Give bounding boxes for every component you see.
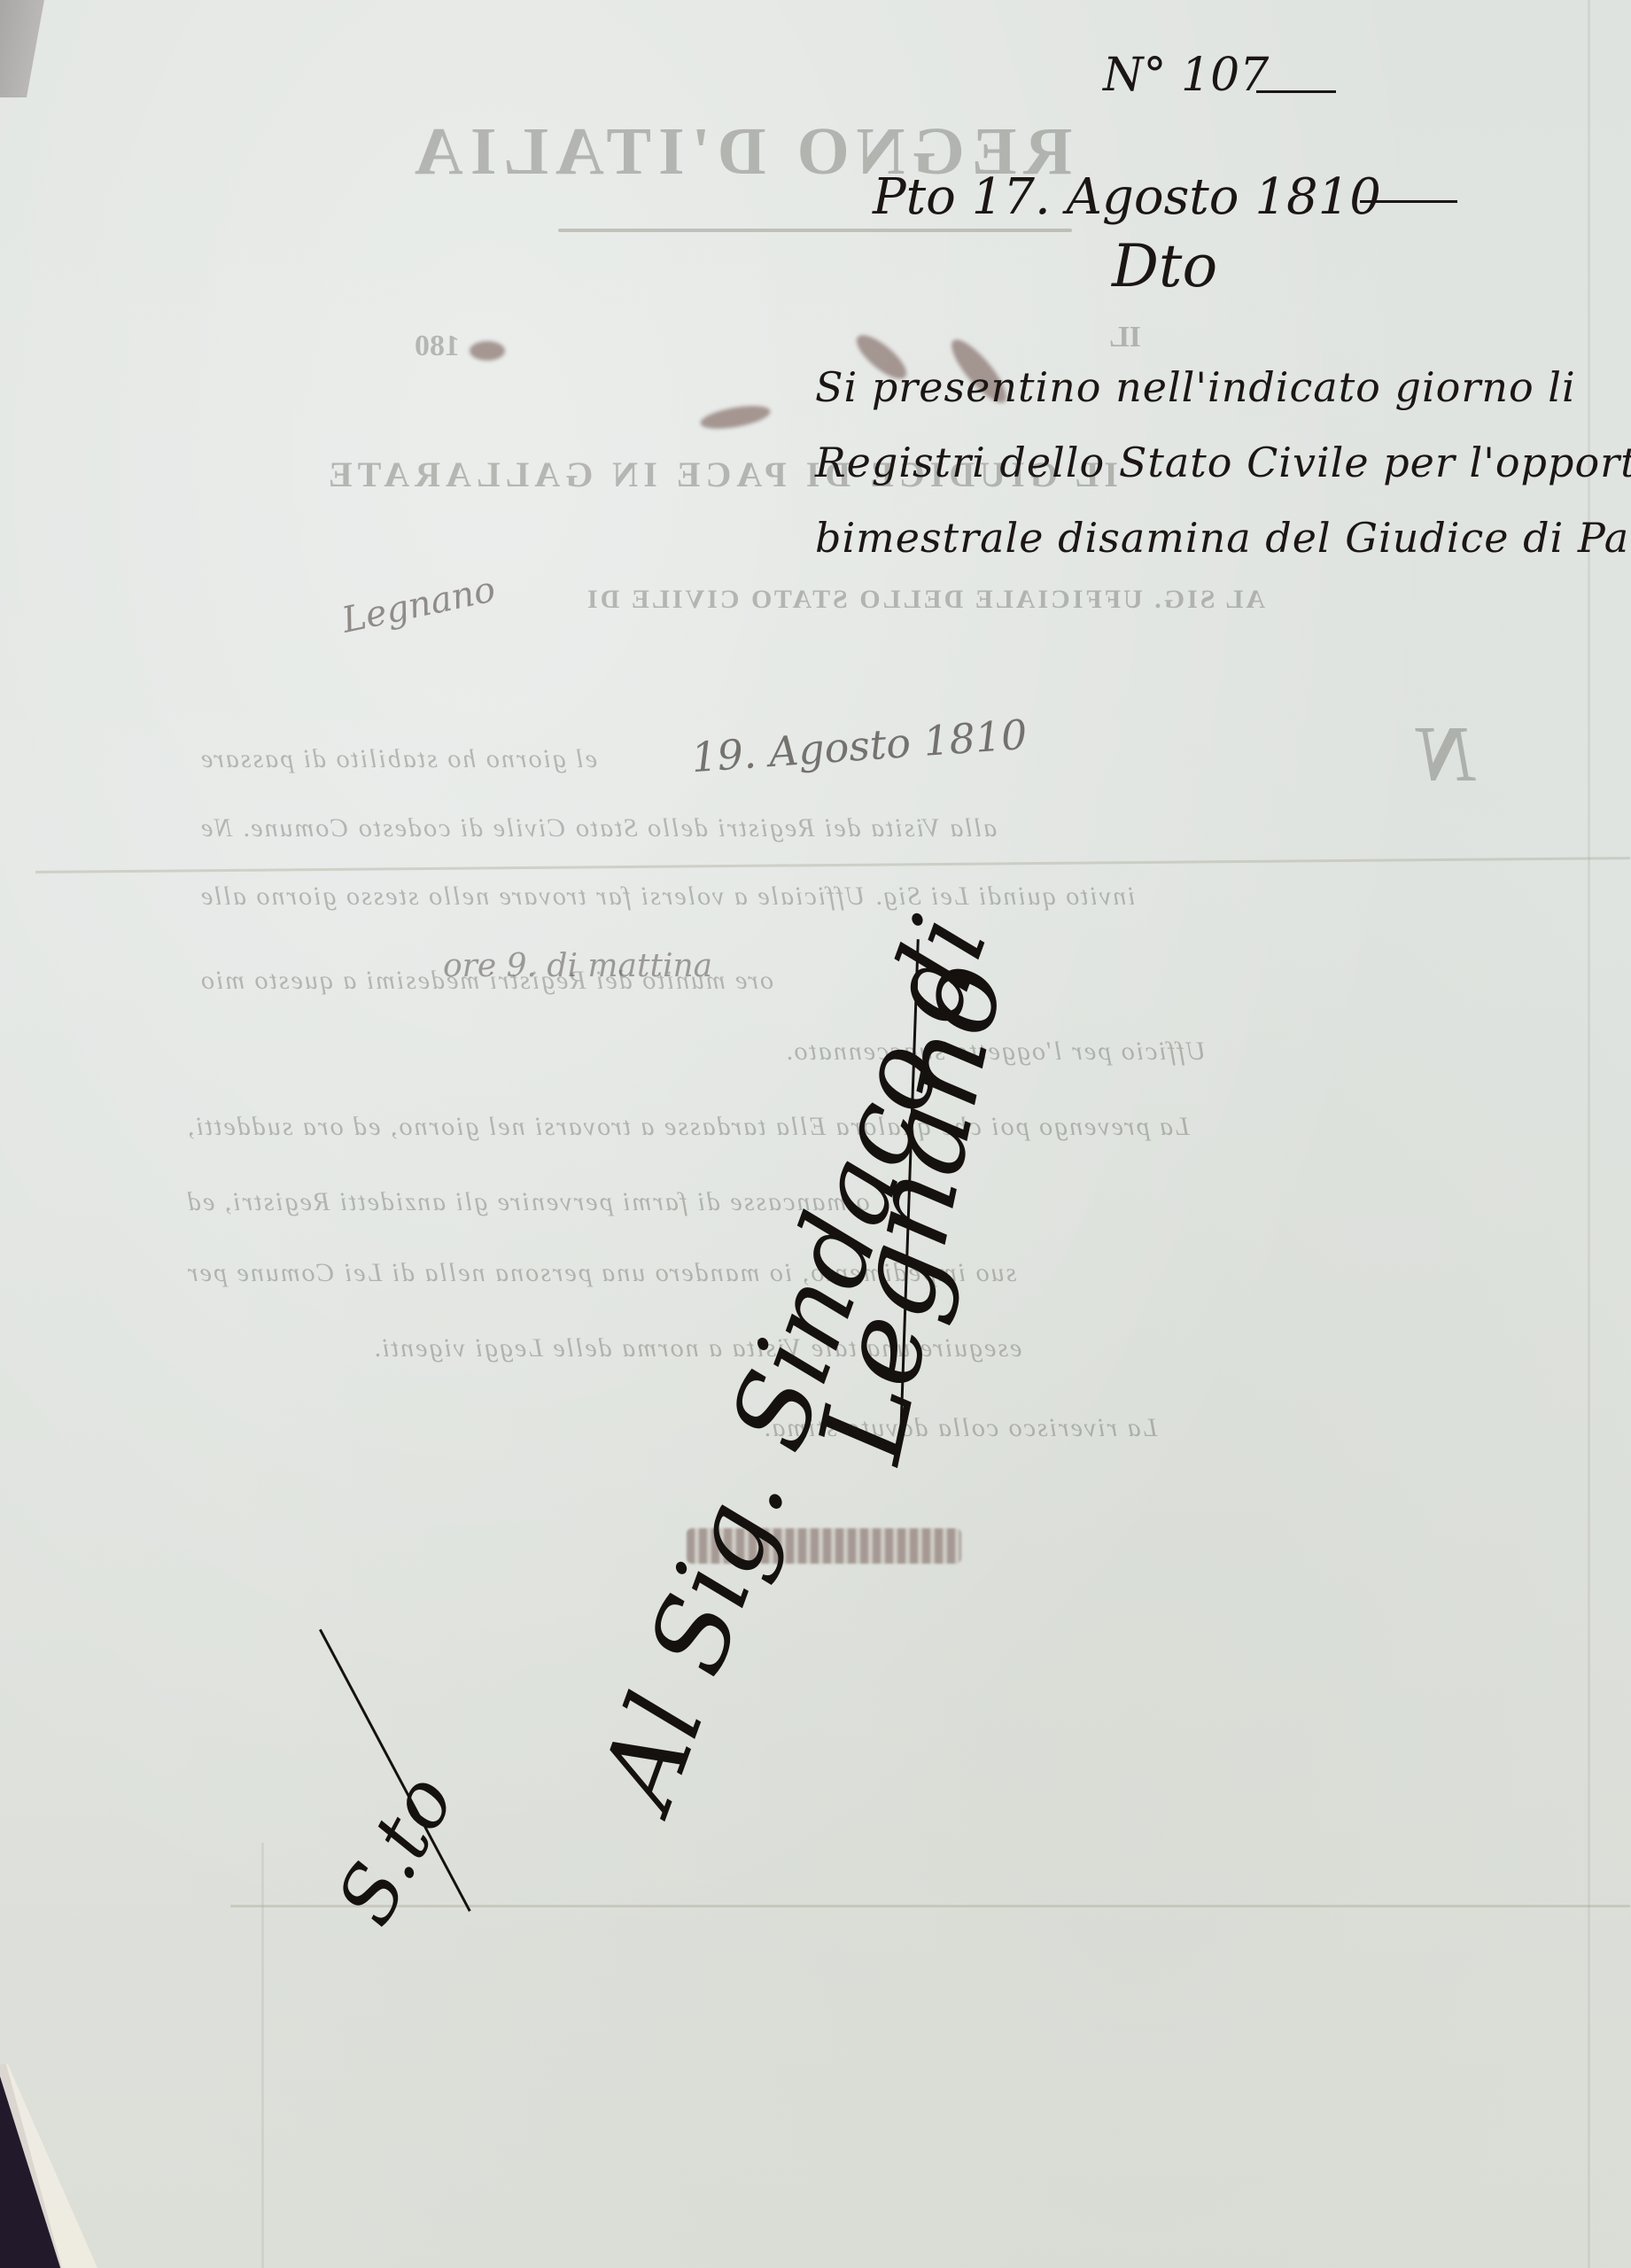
ink-blot: [470, 341, 505, 361]
form-addressee: AL SIG. UFFICIALE DELLO STATO CIVILE DI: [585, 585, 1265, 615]
form-body-line: invito quindi Lei Sig. Ufficiale a voler…: [199, 882, 1136, 912]
letterhead-rule: [558, 229, 1072, 232]
faint-visit-date: 19. Agosto 1810: [690, 711, 1029, 781]
form-year: 180: [415, 330, 460, 363]
ink-blot: [699, 401, 773, 433]
document-page: REGNO D'ITALIA 180 IL IL GIUDICE DI PACE…: [0, 0, 1631, 2268]
faint-visit-hours: ore 9. di mattina: [443, 948, 712, 984]
form-il: IL: [1109, 321, 1141, 354]
dto-mark: Dto: [1112, 232, 1217, 300]
torn-corner: [0, 0, 44, 97]
form-body-line: alla Visita dei Registri dello Stato Civ…: [199, 813, 997, 843]
form-body-line: La prevengo poi che qualora Ella tardass…: [186, 1112, 1190, 1142]
note-line: bimestrale disamina del Giudice di Pace.: [815, 514, 1631, 562]
fold-line: [261, 1843, 264, 2268]
fold-line: [1588, 0, 1590, 2268]
underline: [1360, 200, 1457, 203]
form-body-line: el giorno ho stabilito di passare: [199, 744, 597, 774]
address-sto: S.to: [319, 1760, 471, 1939]
fold-line: [230, 1905, 1630, 1907]
note-line: Si presentino nell'indicato giorno li: [815, 363, 1576, 411]
protocol-number: N° 107: [1103, 49, 1269, 102]
received-date: Pto 17. Agosto 1810: [873, 168, 1381, 226]
form-body-line: o mancasse di farmi pervenire gli anzide…: [186, 1187, 870, 1217]
fold-line: [35, 857, 1630, 874]
faint-place-name: Legnano: [338, 569, 499, 641]
drop-cap: N: [1417, 709, 1475, 800]
note-line: Registri dello Stato Civile per l'opport…: [815, 439, 1631, 486]
underline: [1256, 90, 1336, 93]
